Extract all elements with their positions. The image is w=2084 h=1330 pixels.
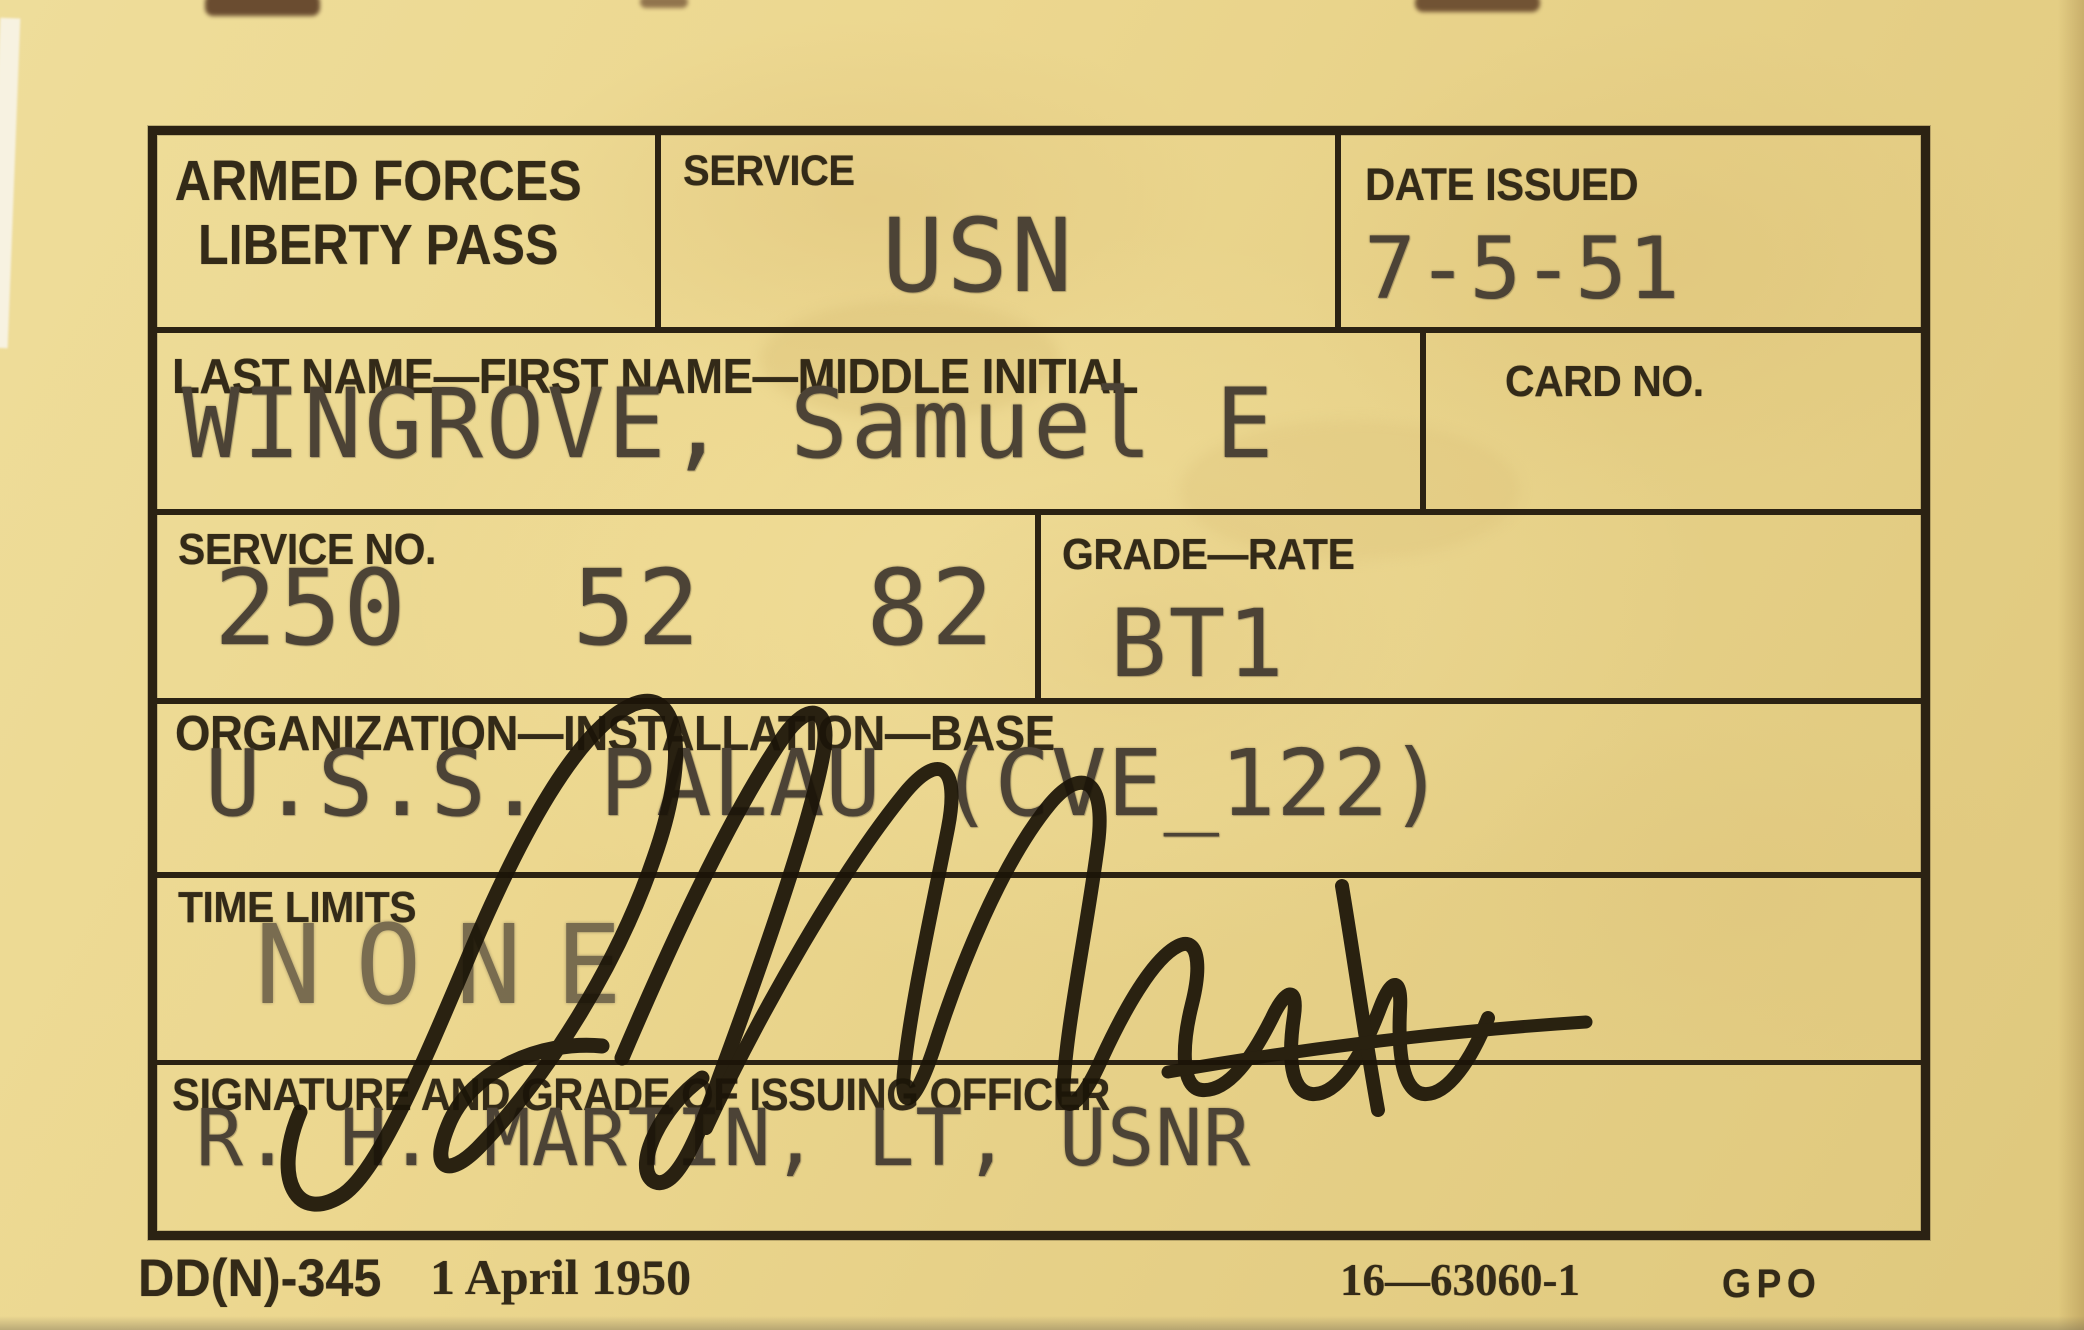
signature-typed-value: R. H. MARTIN, LT, USNR (196, 1100, 1251, 1178)
liberty-pass-card-scan: ARMED FORCES LIBERTY PASS SERVICE USN DA… (0, 0, 2084, 1330)
scan-edge-white-sliver (0, 18, 20, 349)
col-divider-service-date (1335, 135, 1341, 327)
row-divider-5 (157, 1060, 1921, 1065)
card-no-label: CARD NO. (1505, 360, 1704, 404)
organization-value: U.S.S. PALAU (CVE_122) (205, 738, 1446, 830)
footer-form-number: DD(N)-345 (138, 1252, 381, 1305)
row-divider-1 (157, 327, 1921, 333)
service-label: SERVICE (683, 150, 855, 193)
row-divider-3 (157, 698, 1921, 704)
service-no-value: 250 52 82 (214, 556, 996, 660)
col-divider-title-service (655, 135, 661, 327)
date-issued-value: 7-5-51 (1364, 226, 1681, 312)
card-title-line1: ARMED FORCES (160, 150, 596, 214)
grade-rate-value: BT1 (1110, 598, 1286, 692)
scan-edge-right-band (2058, 0, 2084, 1330)
footer-printer-gpo: GPO (1722, 1264, 1821, 1304)
scan-edge-smudge-left (205, 0, 320, 16)
card-title: ARMED FORCES LIBERTY PASS (160, 150, 596, 278)
card-title-line2: LIBERTY PASS (160, 214, 596, 278)
col-divider-name-cardno (1420, 333, 1426, 509)
col-divider-serviceno-grade (1035, 515, 1041, 698)
service-value: USN (882, 206, 1075, 308)
footer-form-date: 1 April 1950 (430, 1252, 691, 1302)
date-issued-label: DATE ISSUED (1365, 162, 1638, 207)
time-limits-value: NONE (255, 910, 656, 1020)
scan-edge-bottom-band (0, 1316, 2084, 1330)
scan-edge-smudge-center (640, 0, 688, 8)
footer-print-code: 16—63060-1 (1340, 1258, 1580, 1303)
scan-edge-smudge-right (1415, 0, 1540, 12)
row-divider-4 (157, 872, 1921, 878)
grade-rate-label: GRADE—RATE (1062, 533, 1354, 577)
name-value: WINGROVE, Samuel E (182, 376, 1276, 472)
